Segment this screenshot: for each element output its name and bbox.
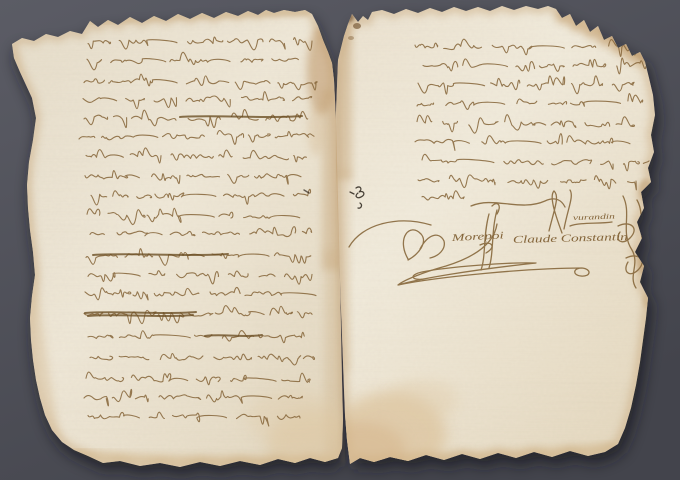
strikethrough-stroke	[180, 116, 302, 117]
strikethrough-stroke	[88, 315, 193, 316]
strikethrough-stroke	[85, 312, 196, 313]
countersign: vurandin	[573, 212, 616, 222]
manuscript-scan: Morepoi Claude Constantin vurandin	[0, 0, 680, 480]
manuscript-photograph: Morepoi Claude Constantin vurandin	[0, 0, 680, 480]
strikethrough-stroke	[93, 254, 228, 255]
strikethrough-stroke	[205, 335, 262, 336]
